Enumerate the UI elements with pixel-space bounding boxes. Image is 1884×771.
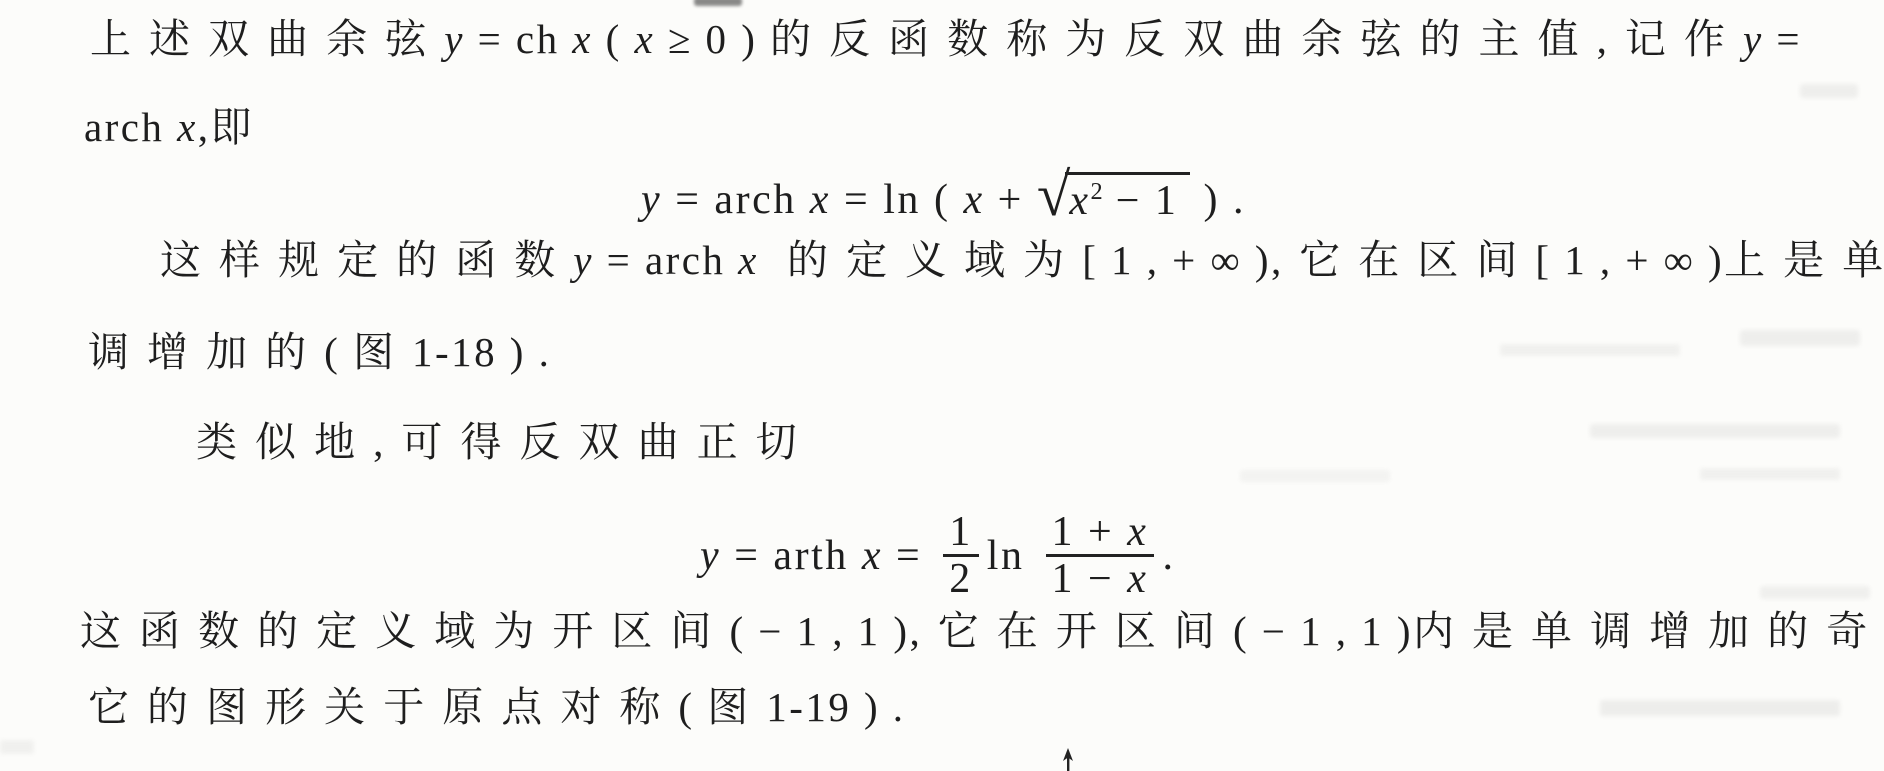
print-bleed-artifact	[1600, 700, 1840, 716]
print-bleed-artifact	[0, 740, 34, 754]
cropped-text-remnant	[694, 0, 742, 6]
display-formula-arth: y = arth x = 12ln 1 + x1 − x.	[700, 514, 1176, 605]
print-bleed-artifact	[1500, 344, 1680, 356]
paragraph-line-6: 这函数的定义域为开区间( − 1 , 1 ),它在开区间( − 1 , 1 )内…	[80, 608, 1884, 655]
paragraph-line-3: 这样规定的函数y = arch x 的定义域为[ 1 , + ∞ ),它在区间[…	[160, 237, 1884, 284]
display-formula-arch: y = arch x = ln ( x + √x2 − 1 ) .	[641, 176, 1246, 230]
paragraph-line-4: 调增加的( 图1-18 ) .	[88, 329, 551, 376]
print-bleed-artifact	[1800, 84, 1858, 98]
paragraph-line-2: arch x,即	[84, 104, 270, 151]
print-bleed-artifact	[1760, 586, 1870, 599]
paragraph-line-7: 它的图形关于原点对称( 图1-19 ) .	[88, 684, 906, 731]
paragraph-line-1: 上述双曲余弦y = ch x ( x ≥ 0 ) 的反函数称为反双曲余弦的主值,…	[90, 16, 1802, 63]
paragraph-line-5: 类似地,可得反双曲正切	[196, 419, 815, 466]
print-bleed-artifact	[1590, 424, 1840, 438]
textbook-page: 上述双曲余弦y = ch x ( x ≥ 0 ) 的反函数称为反双曲余弦的主值,…	[0, 0, 1884, 771]
print-bleed-artifact	[1240, 470, 1390, 482]
figure-axis-arrow-icon	[1058, 748, 1078, 771]
print-bleed-artifact	[1740, 330, 1860, 346]
print-bleed-artifact	[1700, 468, 1840, 480]
